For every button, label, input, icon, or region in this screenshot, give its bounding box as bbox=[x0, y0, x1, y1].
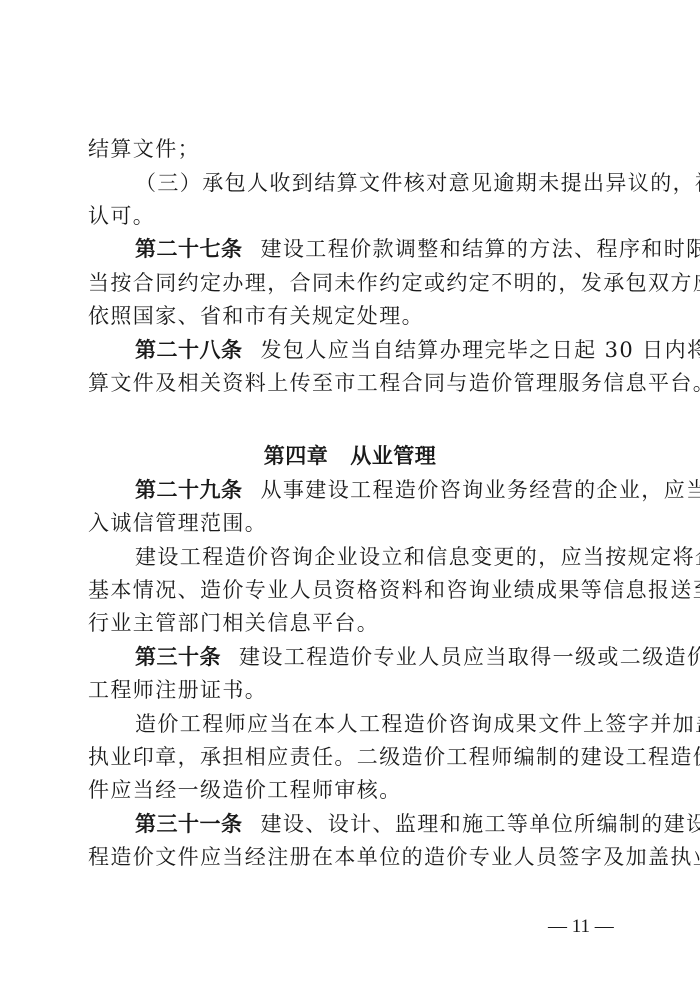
article-27: 第二十七条建设工程价款调整和结算的方法、程序和时限应 bbox=[135, 234, 614, 264]
line-text: 发包人应当自结算办理完毕之日起 30 日内将结 bbox=[261, 338, 700, 362]
text-line: 件应当经一级造价工程师审核。 bbox=[88, 775, 614, 805]
text-line: 工程师注册证书。 bbox=[88, 675, 614, 705]
line-text: 结算文件； bbox=[88, 137, 200, 161]
article-number: 第三十条 bbox=[135, 645, 221, 669]
line-text: 件应当经一级造价工程师审核。 bbox=[88, 778, 402, 802]
text-line: （三）承包人收到结算文件核对意见逾期未提出异议的，视为 bbox=[135, 168, 614, 198]
line-text: （三）承包人收到结算文件核对意见逾期未提出异议的，视为 bbox=[135, 171, 700, 195]
line-text: 从事建设工程造价咨询业务经营的企业，应当纳 bbox=[261, 478, 700, 502]
text-line: 当按合同约定办理，合同未作约定或约定不明的，发承包双方应当 bbox=[88, 268, 614, 298]
line-text: 执业印章，承担相应责任。二级造价工程师编制的建设工程造价文 bbox=[88, 745, 700, 769]
text-line: 依照国家、省和市有关规定处理。 bbox=[88, 301, 614, 331]
line-text: 算文件及相关资料上传至市工程合同与造价管理服务信息平台。 bbox=[88, 371, 700, 395]
text-line: 造价工程师应当在本人工程造价咨询成果文件上签字并加盖 bbox=[135, 709, 614, 739]
article-28: 第二十八条发包人应当自结算办理完毕之日起 30 日内将结 bbox=[135, 335, 614, 365]
article-29: 第二十九条从事建设工程造价咨询业务经营的企业，应当纳 bbox=[135, 475, 614, 505]
line-text: 程造价文件应当经注册在本单位的造价专业人员签字及加盖执业 bbox=[88, 845, 700, 869]
article-number: 第二十九条 bbox=[135, 478, 243, 502]
text-line: 建设工程造价咨询企业设立和信息变更的，应当按规定将企业 bbox=[135, 542, 614, 572]
article-number: 第二十七条 bbox=[135, 237, 243, 261]
line-text: 建设工程造价专业人员应当取得一级或二级造价 bbox=[239, 645, 700, 669]
text-line: 执业印章，承担相应责任。二级造价工程师编制的建设工程造价文 bbox=[88, 742, 614, 772]
text-line: 结算文件； bbox=[88, 134, 614, 164]
text-line: 行业主管部门相关信息平台。 bbox=[88, 608, 614, 638]
text-line: 程造价文件应当经注册在本单位的造价专业人员签字及加盖执业 bbox=[88, 842, 614, 872]
line-text: 基本情况、造价专业人员资格资料和咨询业绩成果等信息报送至各 bbox=[88, 578, 700, 602]
chapter-title: 从业管理 bbox=[350, 443, 436, 468]
article-number: 第二十八条 bbox=[135, 338, 243, 362]
line-text: 行业主管部门相关信息平台。 bbox=[88, 611, 379, 635]
line-text: 认可。 bbox=[88, 204, 155, 228]
article-31: 第三十一条建设、设计、监理和施工等单位所编制的建设工 bbox=[135, 809, 614, 839]
line-text: 当按合同约定办理，合同未作约定或约定不明的，发承包双方应当 bbox=[88, 271, 700, 295]
article-30: 第三十条建设工程造价专业人员应当取得一级或二级造价 bbox=[135, 642, 614, 672]
chapter-heading: 第四章从业管理 bbox=[0, 441, 700, 471]
line-text: 造价工程师应当在本人工程造价咨询成果文件上签字并加盖 bbox=[135, 712, 700, 736]
text-line: 基本情况、造价专业人员资格资料和咨询业绩成果等信息报送至各 bbox=[88, 575, 614, 605]
text-line: 入诚信管理范围。 bbox=[88, 508, 614, 538]
text-line: 算文件及相关资料上传至市工程合同与造价管理服务信息平台。 bbox=[88, 368, 614, 398]
document-page: 结算文件； （三）承包人收到结算文件核对意见逾期未提出异议的，视为 认可。 第二… bbox=[0, 0, 700, 990]
page-number: — 11 — bbox=[548, 915, 614, 939]
line-text: 建设工程价款调整和结算的方法、程序和时限应 bbox=[261, 237, 700, 261]
article-number: 第三十一条 bbox=[135, 812, 243, 836]
line-text: 工程师注册证书。 bbox=[88, 678, 267, 702]
text-line: 认可。 bbox=[88, 201, 614, 231]
line-text: 入诚信管理范围。 bbox=[88, 511, 267, 535]
line-text: 建设、设计、监理和施工等单位所编制的建设工 bbox=[261, 812, 700, 836]
line-text: 依照国家、省和市有关规定处理。 bbox=[88, 304, 424, 328]
line-text: 建设工程造价咨询企业设立和信息变更的，应当按规定将企业 bbox=[135, 545, 700, 569]
chapter-number: 第四章 bbox=[264, 443, 329, 468]
